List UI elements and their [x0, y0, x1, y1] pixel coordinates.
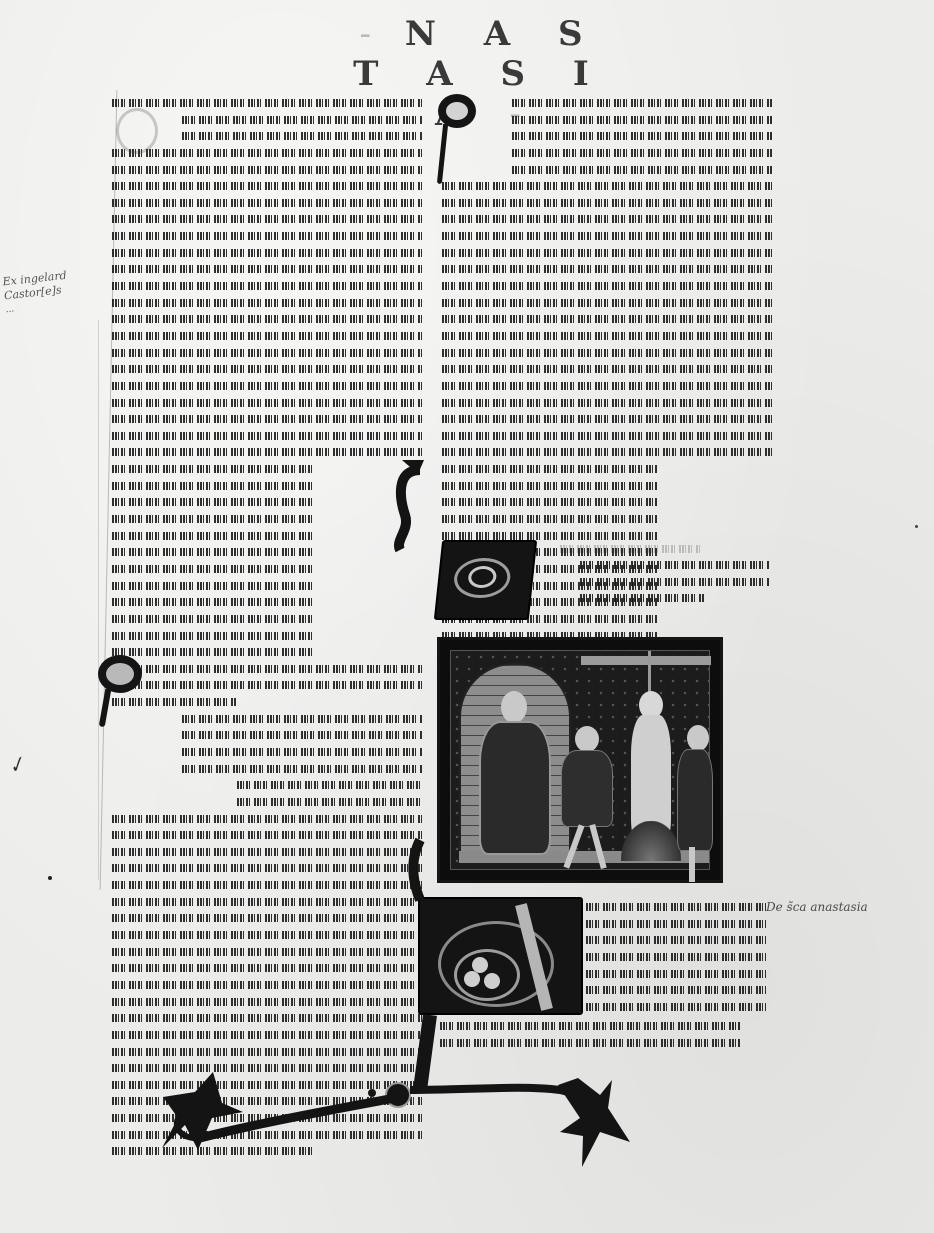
- text-line: [112, 495, 422, 508]
- erased-line: [560, 542, 700, 559]
- trefoil-icon: [464, 971, 480, 987]
- text-line: [112, 645, 422, 658]
- fire: [621, 821, 681, 861]
- left-column: [112, 96, 422, 1161]
- text-line: [442, 196, 772, 209]
- text-line: [112, 163, 422, 176]
- right-column-section-3-narrow: [586, 900, 766, 1013]
- text-line: [442, 296, 772, 309]
- text-line: [442, 495, 772, 508]
- text-line: [586, 933, 766, 946]
- right-column-section-2: Anastasia dicitur ab ana quod est sursum…: [580, 558, 770, 608]
- text-line: [112, 945, 422, 958]
- text-line: [442, 212, 772, 225]
- text-line: [586, 1000, 766, 1013]
- left-margin-rule-2: [98, 320, 99, 880]
- text-line: [442, 146, 772, 159]
- text-line: [442, 262, 772, 275]
- marginal-note-left: Ex ingelard Castor[e]s ...: [2, 269, 70, 317]
- text-line: [442, 163, 772, 176]
- right-column-section-3: [586, 900, 766, 1016]
- text-line: [112, 312, 422, 325]
- text-line: [442, 512, 772, 525]
- text-line: [112, 978, 422, 991]
- text-line: [112, 396, 422, 409]
- text-line: [112, 512, 422, 525]
- text-line: [112, 129, 422, 142]
- text-line: [112, 911, 422, 924]
- text-line: [112, 262, 422, 275]
- text-line: [112, 995, 422, 1008]
- text-line: [112, 895, 422, 908]
- text-line: [442, 129, 772, 142]
- left-column-section-2: [112, 712, 422, 1158]
- text-line: [112, 462, 422, 475]
- text-line: [112, 961, 422, 974]
- text-line: [112, 712, 422, 725]
- text-line: [442, 429, 772, 442]
- text-line: [112, 695, 422, 708]
- text-line: [112, 1011, 422, 1024]
- text-line: [112, 1144, 422, 1157]
- text-line: [112, 845, 422, 858]
- text-line: [112, 279, 422, 292]
- text-line: [112, 96, 422, 109]
- text-line: [112, 1094, 422, 1107]
- marginal-mark-left: ✓: [6, 755, 27, 775]
- text-line: [112, 678, 422, 691]
- text-line: [112, 529, 422, 542]
- text-line: [112, 1028, 422, 1041]
- text-line: [442, 279, 772, 292]
- running-title: - N A S T A S I A -: [330, 14, 630, 64]
- miniature-field: [450, 650, 710, 870]
- text-line: [112, 246, 422, 259]
- text-line: [586, 900, 766, 913]
- text-line: [112, 629, 422, 642]
- text-line: [112, 346, 422, 359]
- ink-dot: [48, 876, 52, 880]
- text-line: [112, 113, 422, 126]
- initial-o-right: [438, 94, 476, 128]
- text-line: [442, 96, 772, 109]
- text-line: [112, 878, 422, 891]
- text-line: [586, 950, 766, 963]
- text-line: [112, 379, 422, 392]
- text-line: [112, 928, 422, 941]
- text-line: [112, 296, 422, 309]
- text-line: [112, 429, 422, 442]
- text-line: [112, 1078, 422, 1091]
- text-line: [112, 229, 422, 242]
- text-line: [112, 762, 422, 775]
- text-line: [112, 479, 422, 492]
- faint-initial-q: [116, 108, 158, 154]
- title-dash-left: -: [359, 14, 375, 54]
- text-line: [442, 329, 772, 342]
- text-line: [442, 396, 772, 409]
- text-line: [440, 1036, 740, 1049]
- text-line: [112, 612, 422, 625]
- text-line: [442, 312, 772, 325]
- text-line: statio quasi sursum stetit a vitiis: [580, 591, 770, 604]
- ink-dot: [915, 525, 918, 528]
- marginal-note-right: De s̃ca anastasia: [766, 900, 868, 914]
- text-line: [442, 229, 772, 242]
- text-line: [112, 562, 422, 575]
- text-line: est sursum et stasis quod est stans sive: [580, 575, 770, 588]
- text-line: [442, 462, 772, 475]
- text-line: [442, 479, 772, 492]
- text-line: [112, 579, 422, 592]
- text-line: [112, 196, 422, 209]
- trefoil-icon: [484, 973, 500, 989]
- text-line: [112, 828, 422, 841]
- text-line-faint: [560, 542, 700, 555]
- text-line: [112, 545, 422, 558]
- text-line: [112, 179, 422, 192]
- text-line: [112, 861, 422, 874]
- text-line: [442, 179, 772, 192]
- text-line: [112, 1045, 422, 1058]
- text-line: [112, 778, 422, 791]
- text-line: [442, 445, 772, 458]
- text-line: [586, 983, 766, 996]
- text-line: [440, 1019, 740, 1032]
- text-line: [442, 412, 772, 425]
- text-line: [112, 1128, 422, 1141]
- text-line: [112, 445, 422, 458]
- text-line: [112, 812, 422, 825]
- text-line: [112, 1061, 422, 1074]
- miniature-banner: [581, 656, 711, 665]
- text-line: [442, 346, 772, 359]
- text-line: [112, 795, 422, 808]
- text-line: [112, 146, 422, 159]
- text-line: [112, 362, 422, 375]
- right-column-section-3-wide: [440, 1019, 740, 1052]
- text-line: [112, 745, 422, 758]
- text-line: [586, 967, 766, 980]
- text-line: [112, 329, 422, 342]
- text-line: [112, 595, 422, 608]
- manuscript-page: - N A S T A S I A - Ex ingelard Castor[e…: [0, 0, 934, 1233]
- text-line: [442, 246, 772, 259]
- initial-o-left: [98, 655, 142, 693]
- text-line: [112, 662, 422, 675]
- text-line: Anastasia dicitur ab ana quod: [580, 558, 770, 571]
- text-line: [442, 362, 772, 375]
- left-column-section-1: [112, 96, 422, 708]
- historiated-initial-a-lower: [418, 897, 583, 1015]
- historiated-initial-a-mid: [434, 540, 537, 620]
- text-line: [112, 1111, 422, 1124]
- text-line: [442, 113, 772, 126]
- text-line: [112, 212, 422, 225]
- text-line: [112, 412, 422, 425]
- miniature-martyrdom: [437, 637, 723, 883]
- text-line: [586, 917, 766, 930]
- text-line: [442, 379, 772, 392]
- text-line: [112, 728, 422, 741]
